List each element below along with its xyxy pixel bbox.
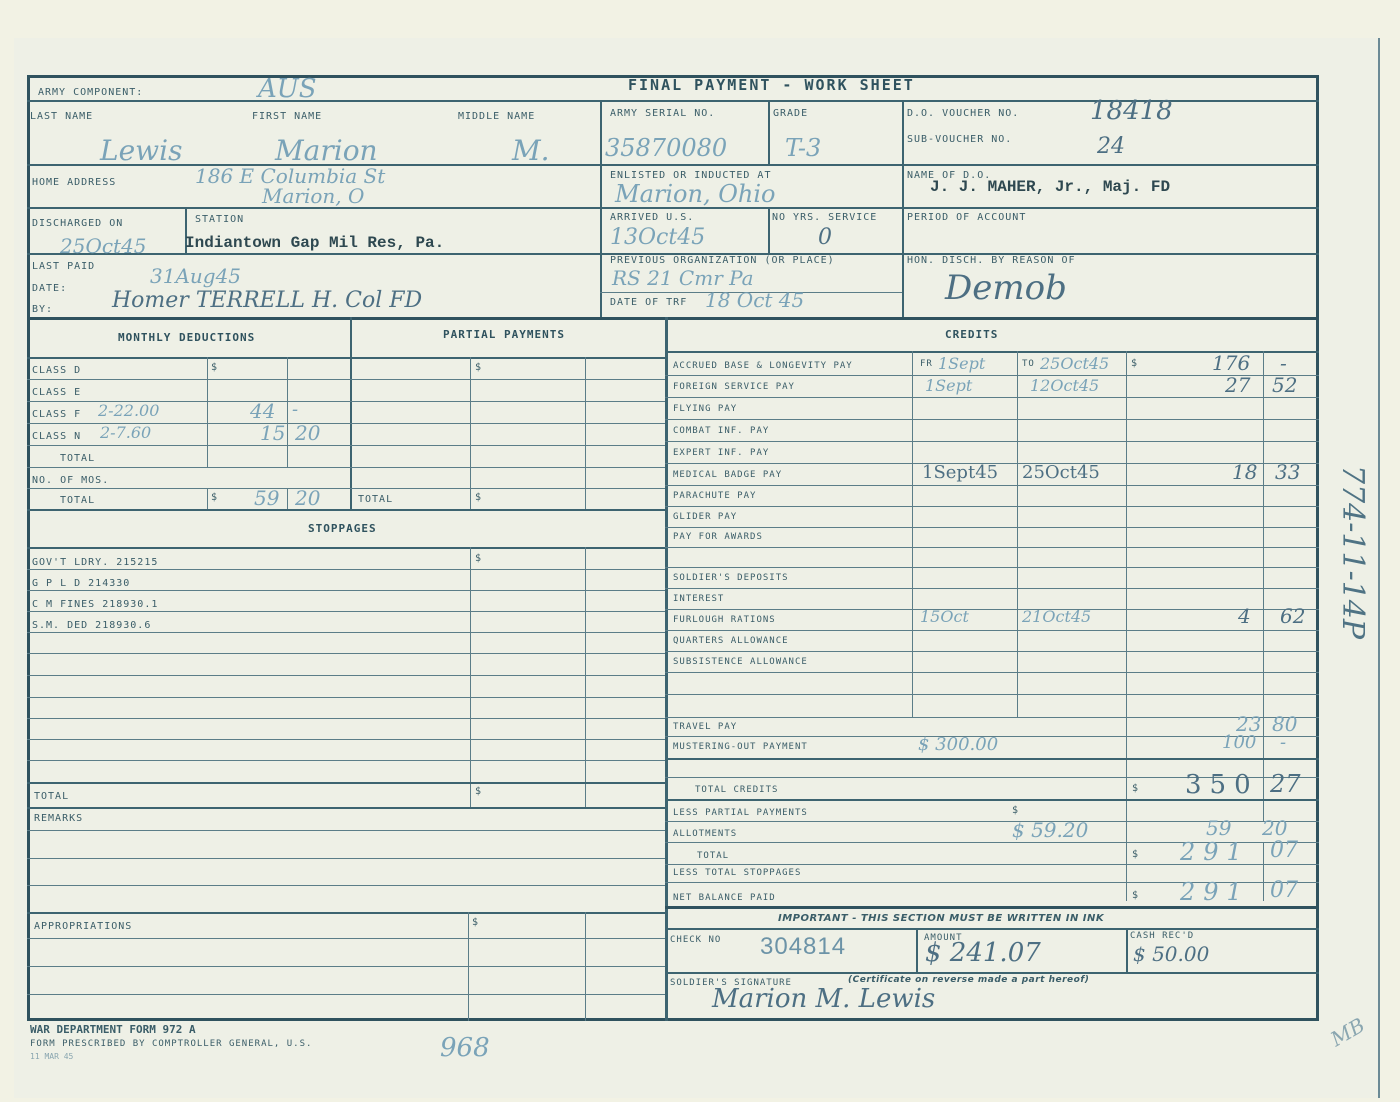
class-n-note[interactable]: 2-7.60	[100, 423, 151, 442]
divider	[665, 972, 1319, 974]
home-address-line2[interactable]: Marion, O	[262, 184, 364, 208]
yrs-service-value[interactable]: 0	[818, 225, 832, 250]
dollar-sign: $	[1132, 783, 1139, 794]
remarks-label: REMARKS	[34, 813, 83, 824]
credit-label-medical: MEDICAL BADGE PAY	[673, 470, 782, 480]
credit-from[interactable]: 1Sept	[925, 376, 972, 395]
md-total-label: TOTAL	[60, 495, 95, 506]
credit-from[interactable]: 15Oct	[920, 607, 969, 626]
divider	[27, 445, 665, 446]
divider	[768, 207, 770, 253]
do-voucher-label: D.O. VOUCHER NO.	[907, 108, 1019, 119]
sub-voucher-value[interactable]: 24	[1097, 134, 1125, 159]
divider	[27, 885, 665, 886]
divider	[207, 488, 208, 509]
discharged-on-value[interactable]: 25Oct45	[60, 234, 147, 258]
last-paid-by-value[interactable]: Homer TERRELL H. Col FD	[112, 288, 422, 313]
divider	[665, 630, 1319, 631]
credit-label: COMBAT INF. PAY	[673, 426, 769, 436]
dollar-sign: $	[475, 362, 482, 373]
stoppages-title: STOPPAGES	[308, 522, 377, 535]
stoppages-total-label: TOTAL	[34, 791, 69, 802]
dollar-sign: $	[1132, 849, 1139, 860]
allotments-amount[interactable]: $ 59.20	[1012, 818, 1088, 842]
appropriations-label: APPROPRIATIONS	[34, 921, 132, 932]
serial-no-label: ARMY SERIAL NO.	[610, 108, 715, 119]
divider	[350, 317, 352, 509]
divider	[665, 651, 1319, 652]
station-label: STATION	[195, 214, 244, 225]
amount-value[interactable]: $ 241.07	[925, 938, 1041, 968]
credit-cents[interactable]: 52	[1272, 373, 1297, 397]
margin-annotation: 774-11-14P	[1335, 465, 1370, 639]
stoppage-row: S.M. DED 218930.6	[32, 620, 151, 631]
divider	[27, 858, 665, 859]
divider	[916, 928, 918, 972]
middle-name-value[interactable]: M.	[512, 134, 550, 167]
hon-disch-value[interactable]: Demob	[945, 268, 1067, 308]
monthly-deductions-title: MONTHLY DEDUCTIONS	[118, 331, 255, 344]
divider	[27, 938, 665, 939]
divider	[665, 419, 1319, 420]
divider	[665, 694, 1319, 695]
dollar-sign: $	[1132, 890, 1139, 901]
army-component-value[interactable]: AUS	[258, 74, 317, 104]
credit-label-foreign: FOREIGN SERVICE PAY	[673, 382, 795, 392]
home-address-label: HOME ADDRESS	[32, 177, 116, 188]
check-no-label: CHECK NO	[670, 935, 721, 945]
credit-from[interactable]: 1Sept45	[922, 462, 998, 483]
grade-value[interactable]: T-3	[785, 134, 821, 162]
credit-to[interactable]: 25Oct45	[1022, 462, 1100, 483]
divider	[27, 569, 665, 570]
do-voucher-value[interactable]: 18418	[1090, 96, 1173, 126]
md-subtotal-label: TOTAL	[60, 453, 95, 464]
grade-label: GRADE	[773, 108, 808, 119]
credit-to[interactable]: 25Oct45	[1040, 354, 1109, 373]
travel-pay-label: TRAVEL PAY	[673, 722, 737, 732]
divider	[27, 379, 665, 380]
class-n-cents[interactable]: 20	[295, 421, 320, 445]
credit-label: GLIDER PAY	[673, 512, 737, 522]
pp-total-label: TOTAL	[358, 494, 393, 505]
divider	[27, 357, 665, 359]
class-f-label: CLASS F	[32, 409, 81, 420]
divider	[207, 357, 208, 467]
name-of-do-value[interactable]: J. J. MAHER, Jr., Maj. FD	[930, 178, 1170, 196]
last-name-label: LAST NAME	[30, 111, 93, 122]
check-no-value[interactable]: 304814	[760, 933, 846, 961]
class-n-label: CLASS N	[32, 431, 81, 442]
divider	[27, 632, 665, 633]
divider	[27, 782, 665, 784]
divider	[665, 441, 1319, 442]
form-prescribed-by: FORM PRESCRIBED BY COMPTROLLER GENERAL, …	[30, 1039, 312, 1049]
allotments-label: ALLOTMENTS	[673, 829, 737, 839]
middle-name-label: MIDDLE NAME	[458, 111, 535, 122]
credits-total-label: TOTAL	[697, 851, 729, 861]
enlisted-at-value[interactable]: Marion, Ohio	[615, 180, 775, 208]
class-f-note[interactable]: 2-22.00	[98, 401, 159, 420]
stoppage-row: C M FINES 218930.1	[32, 599, 158, 610]
mustering-out-amount[interactable]: $ 300.00	[918, 734, 998, 755]
divider	[27, 547, 665, 549]
to-prefix: TO	[1022, 359, 1035, 369]
divider	[1263, 351, 1264, 821]
less-partial-label: LESS PARTIAL PAYMENTS	[673, 808, 808, 818]
divider	[27, 697, 665, 698]
dollar-sign: $	[475, 492, 482, 503]
class-d-label: CLASS D	[32, 365, 81, 376]
credit-label: QUARTERS ALLOWANCE	[673, 636, 789, 646]
net-balance-dollars[interactable]: 291	[1180, 878, 1250, 906]
dollar-sign: $	[475, 786, 482, 797]
divider	[27, 994, 665, 995]
last-paid-date-value[interactable]: 31Aug45	[150, 264, 241, 288]
divider	[470, 547, 471, 807]
divider	[27, 966, 665, 967]
allotments-dollars[interactable]: 59	[1206, 816, 1231, 840]
partial-payments-title: PARTIAL PAYMENTS	[443, 328, 565, 341]
dollar-sign: $	[211, 362, 218, 373]
credit-label: FLYING PAY	[673, 404, 737, 414]
dollar-sign: $	[472, 917, 479, 928]
class-f-dollars[interactable]: 44	[250, 399, 275, 423]
sub-voucher-label: SUB-VOUCHER NO.	[907, 134, 1012, 145]
date-of-trf-value[interactable]: 18 Oct 45	[705, 288, 804, 312]
credit-label: PAY FOR AWARDS	[673, 532, 763, 542]
total-credits-dollars[interactable]: 350	[1185, 770, 1259, 800]
divider	[27, 488, 665, 489]
divider	[27, 653, 665, 654]
credit-label-furlough: FURLOUGH RATIONS	[673, 615, 776, 625]
divider	[665, 527, 1319, 528]
divider	[27, 912, 665, 914]
divider	[27, 760, 665, 761]
mustering-out-dollars[interactable]: 100	[1222, 732, 1256, 753]
divider	[665, 567, 1319, 568]
divider	[665, 758, 1319, 760]
divider	[27, 467, 665, 468]
divider	[27, 739, 665, 740]
dollar-sign: $	[1012, 805, 1019, 816]
divider	[1126, 351, 1127, 901]
last-name-value[interactable]: Lewis	[100, 134, 182, 167]
serial-no-value[interactable]: 35870080	[605, 134, 727, 162]
arrived-us-label: ARRIVED U.S.	[610, 212, 694, 223]
divider	[665, 928, 1319, 930]
period-of-account-label: PERIOD OF ACCOUNT	[907, 212, 1026, 223]
divider	[665, 317, 668, 1021]
credit-label: SOLDIER'S DEPOSITS	[673, 573, 789, 583]
divider	[27, 675, 665, 676]
divider	[27, 611, 665, 612]
divider	[665, 609, 1319, 610]
divider	[27, 509, 665, 511]
credit-label-accrued: ACCRUED BASE & LONGEVITY PAY	[673, 361, 853, 371]
hon-disch-label: HON. DISCH. BY REASON OF	[907, 255, 1076, 266]
divider	[912, 351, 913, 717]
credit-label: PARACHUTE PAY	[673, 491, 756, 501]
dollar-sign: $	[1131, 358, 1138, 369]
station-value[interactable]: Indiantown Gap Mil Res, Pa.	[185, 234, 444, 252]
ink-notice: IMPORTANT - THIS SECTION MUST BE WRITTEN…	[778, 913, 1104, 924]
cash-recd-label: CASH REC'D	[1130, 931, 1194, 941]
credit-to[interactable]: 12Oct45	[1030, 376, 1099, 395]
total-credits-cents[interactable]: 27	[1270, 770, 1301, 798]
last-paid-date-label: DATE:	[32, 283, 67, 294]
divider	[1263, 842, 1264, 901]
credits-total-dollars[interactable]: 291	[1180, 838, 1250, 866]
yrs-service-label: NO YRS. SERVICE	[772, 212, 877, 223]
divider	[27, 830, 665, 831]
credit-cents[interactable]: -	[1280, 351, 1287, 375]
credit-dollars[interactable]: 27	[1225, 373, 1250, 397]
divider	[27, 718, 665, 719]
divider	[665, 506, 1319, 507]
divider	[665, 547, 1319, 548]
army-component-label: ARMY COMPONENT:	[38, 87, 143, 98]
credit-cents[interactable]: 33	[1275, 460, 1300, 484]
mustering-out-label: MUSTERING-OUT PAYMENT	[673, 742, 808, 752]
credit-from[interactable]: 1Sept	[938, 354, 985, 373]
handwritten-mark: 968	[440, 1033, 490, 1063]
divider	[1017, 351, 1018, 717]
divider	[665, 672, 1319, 673]
cash-recd-value[interactable]: $ 50.00	[1133, 942, 1209, 966]
class-e-label: CLASS E	[32, 387, 81, 398]
divider	[665, 717, 1319, 718]
divider	[27, 807, 665, 809]
credits-title: CREDITS	[945, 328, 998, 341]
first-name-label: FIRST NAME	[252, 111, 322, 122]
credit-label: SUBSISTENCE ALLOWANCE	[673, 657, 808, 667]
stoppage-row: G P L D 214330	[32, 578, 130, 589]
net-balance-label: NET BALANCE PAID	[673, 893, 776, 903]
arrived-us-value[interactable]: 13Oct45	[610, 225, 705, 250]
dollar-sign: $	[211, 492, 218, 503]
divider	[27, 317, 1319, 320]
discharged-on-label: DISCHARGED ON	[32, 218, 123, 229]
divider	[287, 357, 288, 467]
last-paid-label: LAST PAID	[32, 261, 95, 272]
credit-dollars[interactable]: 4	[1238, 604, 1251, 628]
total-credits-label: TOTAL CREDITS	[695, 785, 778, 795]
allotments-cents[interactable]: 20	[1262, 816, 1287, 840]
previous-org-value[interactable]: RS 21 Cmr Pa	[612, 266, 754, 290]
class-f-cents[interactable]: -	[292, 399, 298, 420]
credit-label: EXPERT INF. PAY	[673, 448, 769, 458]
credit-label: INTEREST	[673, 594, 724, 604]
less-stoppages-label: LESS TOTAL STOPPAGES	[673, 868, 801, 878]
from-prefix: FR	[920, 359, 933, 369]
credits-total-cents[interactable]: 07	[1270, 838, 1298, 863]
divider	[665, 397, 1319, 398]
divider	[665, 375, 1319, 376]
divider	[585, 547, 586, 807]
divider	[665, 485, 1319, 486]
mustering-out-cents[interactable]: -	[1280, 732, 1286, 753]
divider	[665, 588, 1319, 589]
credit-dollars[interactable]: 176	[1212, 351, 1250, 375]
divider	[768, 100, 770, 164]
previous-org-label: PREVIOUS ORGANIZATION (OR PLACE)	[610, 255, 835, 266]
credit-to[interactable]: 21Oct45	[1022, 607, 1091, 626]
credit-dollars[interactable]: 18	[1232, 460, 1257, 484]
stoppage-row: GOV'T LDRY. 215215	[32, 557, 158, 568]
form-number: WAR DEPARTMENT FORM 972 A	[30, 1023, 196, 1036]
first-name-value[interactable]: Marion	[275, 134, 378, 167]
credit-cents[interactable]: 62	[1280, 604, 1305, 628]
divider	[27, 590, 665, 591]
no-of-mos-label: NO. OF MOS.	[32, 475, 109, 486]
last-paid-by-label: BY:	[32, 304, 53, 315]
date-of-trf-label: DATE OF TRF	[610, 297, 687, 308]
class-n-dollars[interactable]: 15	[260, 421, 285, 445]
net-balance-cents[interactable]: 07	[1270, 878, 1298, 903]
divider	[287, 488, 288, 509]
md-total-dollars[interactable]: 59	[254, 486, 279, 510]
soldier-signature[interactable]: Marion M. Lewis	[712, 984, 935, 1014]
dollar-sign: $	[475, 553, 482, 564]
divider	[1126, 928, 1128, 972]
md-total-cents[interactable]: 20	[295, 486, 320, 510]
form-date: 11 MAR 45	[30, 1052, 73, 1061]
divider	[665, 906, 1319, 909]
